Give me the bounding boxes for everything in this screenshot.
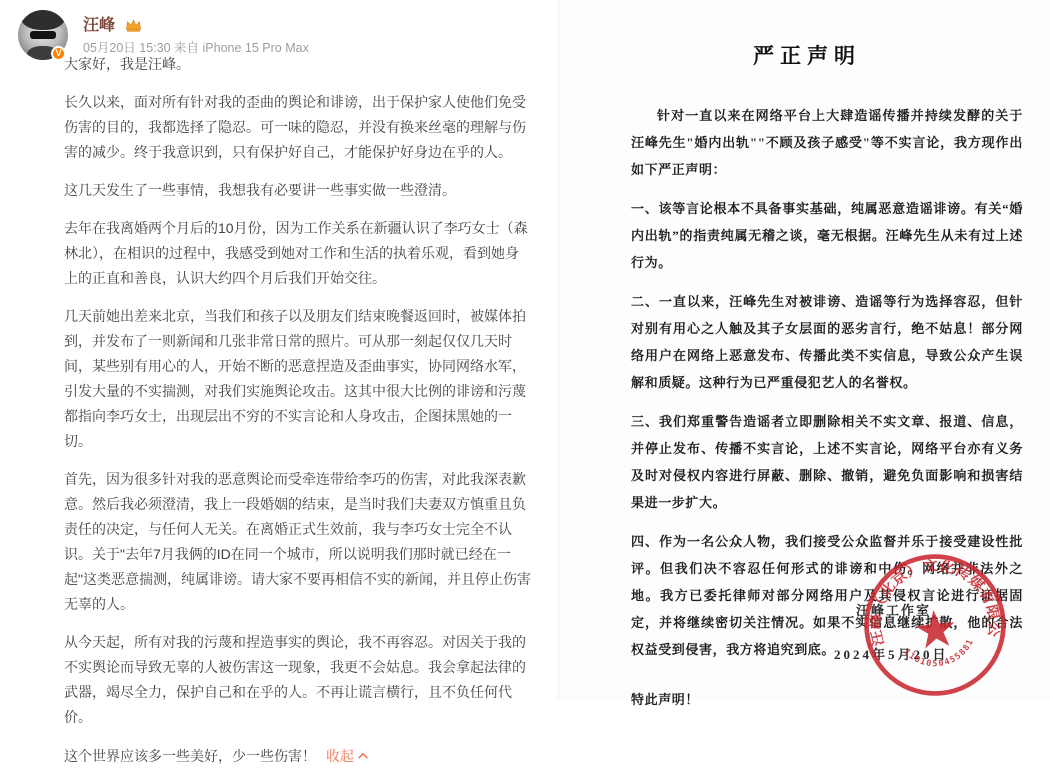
post-paragraph: 首先，因为很多针对我的恶意舆论而受牵连带给李巧的伤害，对此我深表歉意。然后我必须…: [64, 467, 531, 617]
post-paragraph: 从今天起，所有对我的污蔑和捏造事实的舆论，我不再容忍。对因关于我的不实舆论而导致…: [64, 630, 531, 700]
weibo-post-panel: V 汪峰 05月20日 15:30 来自 iPhone 15 Pro Max 大…: [0, 0, 556, 700]
company-seal-stamp: 汪峰（北京）文化传媒有限公司 1101050455881: [853, 543, 1018, 700]
post-body: 大家好，我是汪峰。 长久以来，面对所有针对我的歪曲的舆论和诽谤，出于保护家人使他…: [64, 52, 531, 700]
seal-star-icon: [914, 608, 957, 649]
avatar-hair: [21, 10, 65, 30]
post-paragraph: 大家好，我是汪峰。: [64, 52, 531, 77]
svg-text:1101050455881: 1101050455881: [901, 636, 977, 672]
sunglasses-detail: [30, 31, 56, 39]
post-paragraph: 去年在我离婚两个月后的10月份，因为工作关系在新疆认识了李巧女士（森林北），在相…: [64, 216, 531, 291]
verified-v-icon: V: [51, 46, 66, 61]
statement-item: 一、该等言论根本不具备事实基础，纯属恶意造谣诽谤。有关“婚内出轨”的指责纯属无稽…: [631, 195, 1023, 276]
statement-intro: 针对一直以来在网络平台上大肆造谣传播并持续发酵的关于汪峰先生"婚内出轨""不顾及…: [631, 102, 1023, 183]
statement-title: 严正声明: [631, 40, 983, 70]
author-name[interactable]: 汪峰: [83, 17, 115, 34]
post-paragraph: 几天前她出差来北京，当我们和孩子以及朋友们结束晚餐返回时，被媒体拍到，并发布了一…: [64, 304, 531, 454]
vip-crown-icon: [125, 18, 142, 37]
statement-image[interactable]: 严正声明 针对一直以来在网络平台上大肆造谣传播并持续发酵的关于汪峰先生"婚内出轨…: [558, 0, 1050, 700]
post-paragraph: 长久以来，面对所有针对我的歪曲的舆论和诽谤，出于保护家人使他们免受伤害的目的，我…: [64, 90, 531, 165]
statement-item: 二、一直以来，汪峰先生对被诽谤、造谣等行为选择容忍，但针对别有用心之人触及其子女…: [631, 288, 1023, 396]
statement-item: 三、我们郑重警告造谣者立即删除相关不实文章、报道、信息，并停止发布、传播不实言论…: [631, 408, 1023, 516]
seal-number-text: 1101050455881: [901, 636, 977, 672]
signature-block: 汪峰工作室 2024年5月20日 汪峰（北京）文化传媒有限公司 11010504…: [834, 552, 1034, 700]
post-paragraph: 这几天发生了一些事情，我想我有必要讲一些事实做一些澄清。: [64, 178, 531, 203]
